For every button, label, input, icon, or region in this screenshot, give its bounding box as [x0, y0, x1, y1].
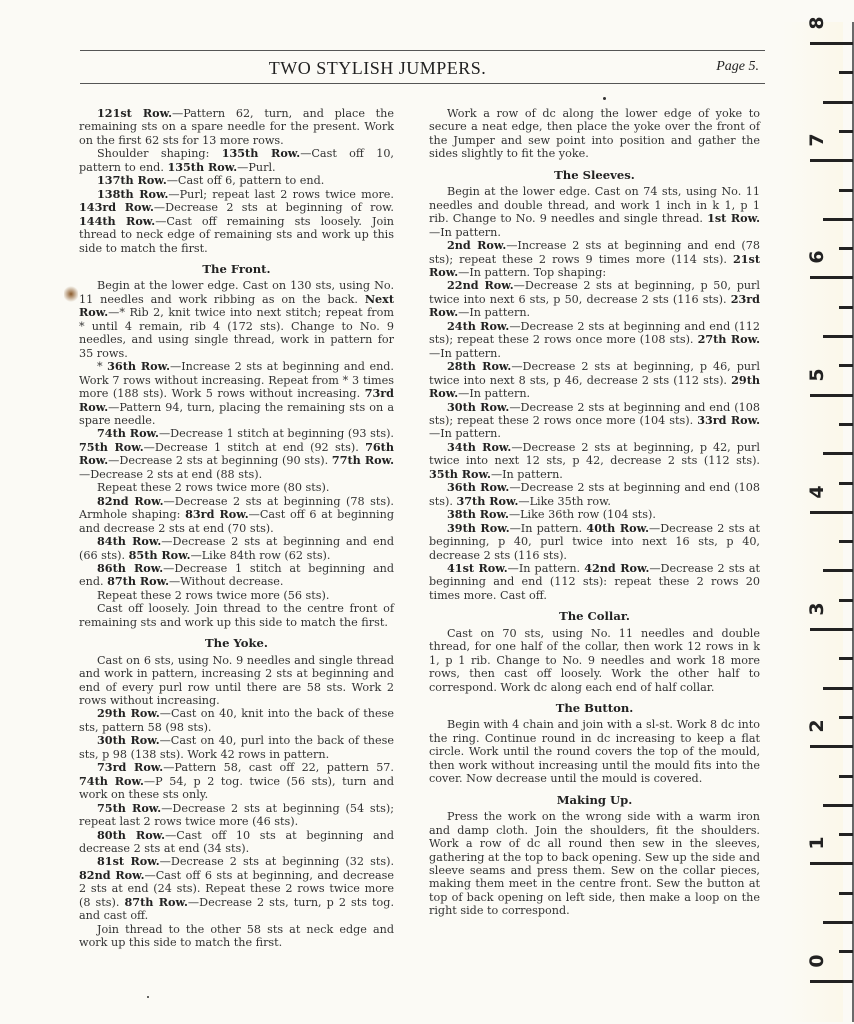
- paragraph: 29th Row.—Cast on 40, knit into the back…: [79, 707, 394, 734]
- paragraph: Repeat these 2 rows twice more (80 sts).: [79, 481, 394, 494]
- paragraph: 30th Row.—Decrease 2 sts at beginning an…: [429, 401, 760, 441]
- ruler-minor-tick: [839, 130, 853, 133]
- ruler-minor-tick: [839, 540, 853, 543]
- ruler-minor-tick: [823, 804, 853, 807]
- ruler-minor-tick: [839, 775, 853, 778]
- page-number: Page 5.: [716, 59, 759, 75]
- ruler-major-tick: [810, 159, 853, 162]
- ruler-minor-tick: [823, 921, 853, 924]
- paragraph: 30th Row.—Cast on 40, purl into the back…: [79, 734, 394, 761]
- ruler-major-tick: [810, 511, 853, 514]
- paragraph: Repeat these 2 rows twice more (56 sts).: [79, 589, 394, 602]
- page-title: TWO STYLISH JUMPERS.: [80, 58, 675, 79]
- ruler-minor-tick: [823, 335, 853, 338]
- paragraph: Join thread to the other 58 sts at neck …: [79, 923, 394, 950]
- header-rule-bottom: [80, 83, 765, 84]
- ruler-number: 0: [806, 953, 828, 969]
- paragraph: 36th Row.—Decrease 2 sts at beginning an…: [429, 481, 760, 508]
- print-speck: [603, 97, 606, 100]
- ruler-minor-tick: [823, 569, 853, 572]
- paragraph: Begin at the lower edge. Cast on 74 sts,…: [429, 185, 760, 239]
- paragraph: 82nd Row.—Decrease 2 sts at beginning (7…: [79, 495, 394, 535]
- paragraph: 81st Row.—Decrease 2 sts at beginning (3…: [79, 855, 394, 922]
- ruler-minor-tick: [839, 950, 853, 953]
- right-column: Work a row of dc along the lower edge of…: [429, 107, 760, 918]
- paragraph: 121st Row.—Pattern 62, turn, and place t…: [79, 107, 394, 147]
- ruler-number: 7: [806, 132, 828, 148]
- paragraph: 2nd Row.—Increase 2 sts at beginning and…: [429, 239, 760, 279]
- ruler-minor-tick: [823, 218, 853, 221]
- section-heading-yoke: The Yoke.: [79, 637, 394, 650]
- header-rule-top: [80, 50, 765, 51]
- paragraph: 38th Row.—Like 36th row (104 sts).: [429, 508, 760, 521]
- print-speck: [147, 996, 149, 998]
- ruler-minor-tick: [839, 833, 853, 836]
- ruler-number: 5: [806, 367, 828, 383]
- paragraph: 24th Row.—Decrease 2 sts at beginning an…: [429, 320, 760, 360]
- ruler-major-tick: [810, 628, 853, 631]
- paper-stain: [64, 285, 78, 303]
- paragraph: Begin with 4 chain and join with a sl-st…: [429, 718, 760, 785]
- section-heading-collar: The Collar.: [429, 610, 760, 623]
- paragraph: 22nd Row.—Decrease 2 sts at beginning, p…: [429, 279, 760, 319]
- ruler-number: 6: [806, 249, 828, 265]
- measuring-ruler: 876543210: [783, 22, 843, 1022]
- ruler-minor-tick: [823, 101, 853, 104]
- paragraph: 75th Row.—Decrease 2 sts at beginning (5…: [79, 802, 394, 829]
- paragraph: 74th Row.—Decrease 1 stitch at beginning…: [79, 427, 394, 481]
- ruler-minor-tick: [839, 716, 853, 719]
- ruler-number: 8: [806, 15, 828, 31]
- document-page: TWO STYLISH JUMPERS. Page 5. 121st Row.—…: [0, 0, 854, 1024]
- ruler-major-tick: [810, 862, 853, 865]
- ruler-number: 2: [806, 718, 828, 734]
- section-heading-button: The Button.: [429, 702, 760, 715]
- paragraph: 41st Row.—In pattern. 42nd Row.—Decrease…: [429, 562, 760, 602]
- paragraph: 39th Row.—In pattern. 40th Row.—Decrease…: [429, 522, 760, 562]
- ruler-minor-tick: [839, 599, 853, 602]
- paragraph: 80th Row.—Cast off 10 sts at beginning a…: [79, 829, 394, 856]
- section-heading-sleeves: The Sleeves.: [429, 169, 760, 182]
- left-column: 121st Row.—Pattern 62, turn, and place t…: [79, 107, 394, 950]
- section-heading-front: The Front.: [79, 263, 394, 276]
- ruler-major-tick: [810, 42, 853, 45]
- ruler-minor-tick: [839, 71, 853, 74]
- paragraph: Cast on 6 sts, using No. 9 needles and s…: [79, 654, 394, 708]
- paragraph: Cast off loosely. Join thread to the cen…: [79, 602, 394, 629]
- ruler-number: 3: [806, 601, 828, 617]
- paragraph: Shoulder shaping: 135th Row.—Cast off 10…: [79, 147, 394, 174]
- ruler-minor-tick: [823, 687, 853, 690]
- paragraph: 73rd Row.—Pattern 58, cast off 22, patte…: [79, 761, 394, 801]
- paragraph: 86th Row.—Decrease 1 stitch at beginning…: [79, 562, 394, 589]
- paragraph: Work a row of dc along the lower edge of…: [429, 107, 760, 161]
- paragraph: Begin at the lower edge. Cast on 130 sts…: [79, 279, 394, 360]
- ruler-major-tick: [810, 745, 853, 748]
- ruler-major-tick: [810, 980, 853, 983]
- paragraph: 84th Row.—Decrease 2 sts at beginning an…: [79, 535, 394, 562]
- ruler-minor-tick: [839, 657, 853, 660]
- ruler-minor-tick: [823, 452, 853, 455]
- ruler-minor-tick: [839, 247, 853, 250]
- paragraph: Press the work on the wrong side with a …: [429, 810, 760, 918]
- ruler-major-tick: [810, 394, 853, 397]
- ruler-number: 4: [806, 484, 828, 500]
- paragraph: 28th Row.—Decrease 2 sts at beginning, p…: [429, 360, 760, 400]
- ruler-minor-tick: [839, 892, 853, 895]
- ruler-minor-tick: [839, 423, 853, 426]
- paragraph: 34th Row.—Decrease 2 sts at beginning, p…: [429, 441, 760, 481]
- ruler-minor-tick: [839, 189, 853, 192]
- ruler-major-tick: [810, 276, 853, 279]
- ruler-minor-tick: [839, 364, 853, 367]
- section-heading-making-up: Making Up.: [429, 794, 760, 807]
- ruler-minor-tick: [839, 482, 853, 485]
- paragraph: 137th Row.—Cast off 6, pattern to end.: [79, 174, 394, 187]
- paragraph: Cast on 70 sts, using No. 11 needles and…: [429, 627, 760, 694]
- paragraph: 138th Row.—Purl; repeat last 2 rows twic…: [79, 188, 394, 255]
- ruler-minor-tick: [839, 306, 853, 309]
- ruler-number: 1: [806, 835, 828, 851]
- paragraph: * 36th Row.—Increase 2 sts at beginning …: [79, 360, 394, 427]
